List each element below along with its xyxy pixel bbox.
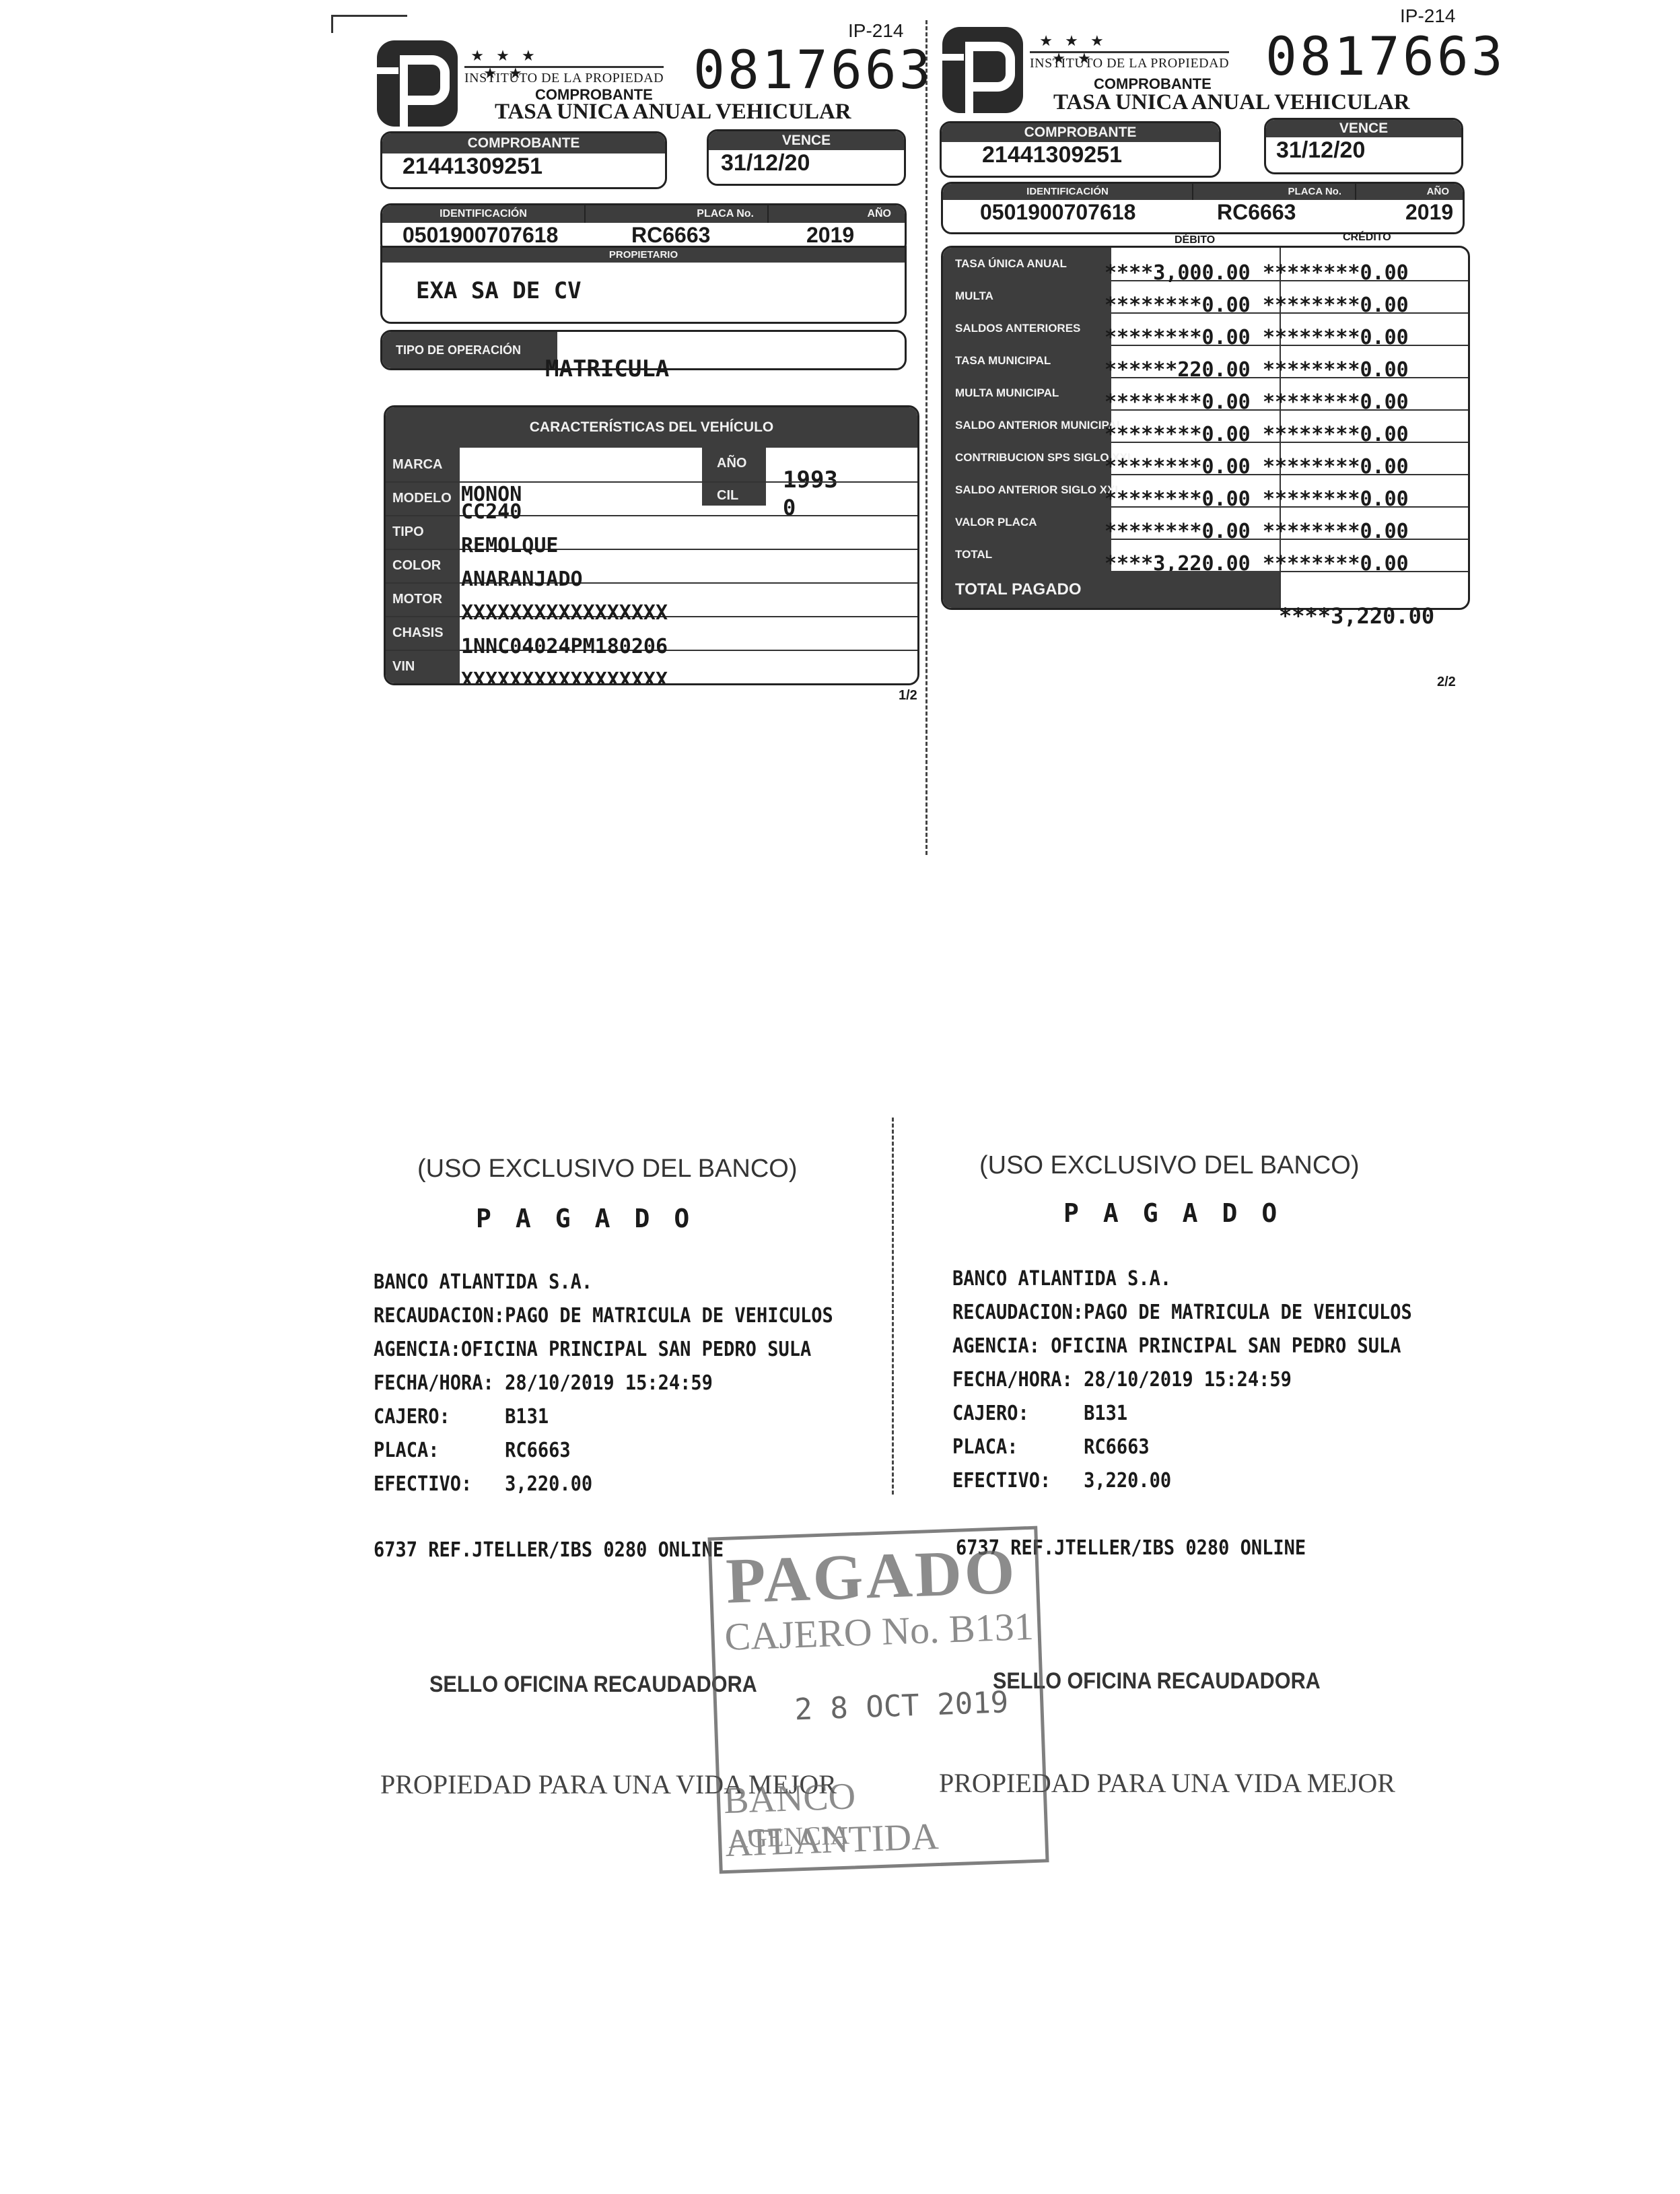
vehiculo-box: CARACTERÍSTICAS DEL VEHÍCULO AÑO CIL 199… [384, 405, 919, 685]
paid-stamp: PAGADO CAJERO No. B131 2 8 OCT 2019 BANC… [707, 1526, 1049, 1874]
placa-label: PLACA No. [586, 205, 769, 223]
vehiculo-field-label: MOTOR [392, 592, 442, 607]
vehiculo-row: COLOR ANARANJADO [386, 549, 917, 584]
vehiculo-row: VIN XXXXXXXXXXXXXXXXX [386, 650, 917, 685]
vehiculo-field-value: XXXXXXXXXXXXXXXXX [461, 669, 668, 685]
vehiculo-field-label: TIPO [392, 524, 424, 540]
bank-line: CAJERO: B131 [374, 1400, 833, 1434]
vehiculo-field-label: CHASIS [392, 625, 444, 641]
comprobante-value: 21441309251 [942, 142, 1219, 168]
cargo-row: TASA MUNICIPAL ******220.00 ********0.00 [943, 345, 1468, 378]
vehiculo-row: MOTOR XXXXXXXXXXXXXXXXX [386, 582, 917, 617]
cargo-label: MULTA [955, 289, 993, 303]
fold-line [925, 20, 928, 855]
serial-number: 0817663 [1265, 27, 1506, 88]
institution-name: INSTITUTO DE LA PROPIEDAD [464, 66, 664, 86]
bank-line: PLACA: RC6663 [374, 1434, 833, 1468]
vehiculo-row: MODELO CC240 [386, 481, 917, 516]
pagado-left: PAGADO [476, 1204, 713, 1233]
total-pagado-row: TOTAL PAGADO [943, 571, 1280, 608]
cargo-label: SALDO ANTERIOR MUNICIPAL [955, 419, 1123, 432]
doc-title: TASA UNICA ANUAL VEHICULAR [1053, 90, 1410, 115]
identificacion-value: 0501900707618 [943, 200, 1182, 225]
total-pagado-value: ****3,220.00 [1279, 603, 1434, 629]
bank-line: RECAUDACION:PAGO DE MATRICULA DE VEHICUL… [374, 1299, 833, 1333]
fold-line-lower [892, 1118, 894, 1495]
propietario-box: PROPIETARIO EXA SA DE CV [380, 246, 907, 324]
cargo-row: SALDO ANTERIOR MUNICIPAL ********0.00 **… [943, 409, 1468, 443]
tipo-operacion-label: TIPO DE OPERACIÓN [382, 332, 557, 368]
comprobante-label: COMPROBANTE [942, 123, 1219, 142]
comprobante-box: COMPROBANTE 21441309251 [380, 131, 667, 189]
vence-box: VENCE 31/12/20 [1264, 118, 1463, 174]
anio-label: AÑO [769, 205, 905, 223]
left-form: ★ ★ ★ ★ ★ INSTITUTO DE LA PROPIEDAD IP-2… [357, 20, 915, 707]
pagado-right: PAGADO [1063, 1198, 1301, 1228]
propietario-value: EXA SA DE CV [382, 263, 905, 304]
form-code: IP-214 [1400, 5, 1456, 27]
cargo-label: VALOR PLACA [955, 516, 1037, 529]
bank-line: EFECTIVO: 3,220.00 [952, 1464, 1412, 1498]
comprobante-box: COMPROBANTE 21441309251 [940, 121, 1221, 178]
placa-value: RC6663 [604, 223, 786, 248]
bank-receipt-left: BANCO ATLANTIDA S.A.RECAUDACION:PAGO DE … [374, 1266, 884, 1501]
comprobante-label: COMPROBANTE [382, 133, 665, 153]
vehiculo-field-label: MARCA [392, 457, 442, 473]
sello-left: SELLO OFICINA RECAUDADORA [429, 1672, 757, 1698]
cargos-box: TASA ÚNICA ANUAL ****3,000.00 ********0.… [941, 246, 1470, 610]
form-code: IP-214 [848, 20, 904, 42]
bank-line: BANCO ATLANTIDA S.A. [952, 1262, 1412, 1296]
credito-label: CRÉDITO [1343, 232, 1391, 244]
cargo-credito: ********0.00 [1263, 552, 1409, 576]
page-left: 1/2 [899, 688, 917, 704]
anio-label: AÑO [1356, 184, 1463, 200]
stamp-line4: AGENCIA [728, 1819, 850, 1855]
bank-line: FECHA/HORA: 28/10/2019 15:24:59 [952, 1363, 1412, 1397]
cargo-row: SALDO ANTERIOR SIGLO XXI ********0.00 **… [943, 474, 1468, 508]
anio-value: 2019 [1372, 200, 1453, 225]
bank-line: RECAUDACION:PAGO DE MATRICULA DE VEHICUL… [952, 1296, 1412, 1330]
cargo-row: SALDOS ANTERIORES ********0.00 ********0… [943, 312, 1468, 346]
vehiculo-field-label: MODELO [392, 491, 452, 506]
total-pagado-label: TOTAL PAGADO [955, 580, 1082, 599]
doc-title: TASA UNICA ANUAL VEHICULAR [495, 100, 851, 125]
cargo-row: TOTAL ****3,220.00 ********0.00 [943, 539, 1468, 572]
identificacion-label: IDENTIFICACIÓN [943, 184, 1193, 200]
vence-box: VENCE 31/12/20 [707, 129, 906, 186]
cargo-row: CONTRIBUCION SPS SIGLO XXI ********0.00 … [943, 442, 1468, 475]
bank-line: BANCO ATLANTIDA S.A. [374, 1266, 833, 1299]
vehiculo-field-label: COLOR [392, 558, 441, 574]
vehiculo-row: TIPO REMOLQUE [386, 515, 917, 550]
vence-label: VENCE [709, 131, 904, 150]
institution-name: INSTITUTO DE LA PROPIEDAD [1030, 51, 1229, 71]
bank-use-right: (USO EXCLUSIVO DEL BANCO) [979, 1151, 1360, 1180]
bank-line: AGENCIA:OFICINA PRINCIPAL SAN PEDRO SULA [374, 1333, 833, 1367]
identificacion-label: IDENTIFICACIÓN [382, 205, 586, 223]
bank-line: FECHA/HORA: 28/10/2019 15:24:59 [374, 1367, 833, 1400]
placa-value: RC6663 [1182, 200, 1372, 225]
cargo-label: SALDOS ANTERIORES [955, 322, 1080, 335]
page-right: 2/2 [1437, 675, 1456, 690]
debito-label: DÉBITO [1175, 234, 1215, 246]
cargo-label: SALDO ANTERIOR SIGLO XXI [955, 483, 1118, 497]
cargo-row: TASA ÚNICA ANUAL ****3,000.00 ********0.… [943, 248, 1468, 281]
serial-number: 0817663 [693, 40, 934, 101]
comprobante-value: 21441309251 [382, 153, 665, 180]
bank-line: CAJERO: B131 [952, 1397, 1412, 1431]
vence-value: 31/12/20 [1266, 137, 1461, 164]
bank-use-left: (USO EXCLUSIVO DEL BANCO) [417, 1155, 798, 1184]
ref-left: 6737 REF.JTELLER/IBS 0280 ONLINE [374, 1534, 724, 1567]
bank-line: PLACA: RC6663 [952, 1431, 1412, 1464]
bank-line: EFECTIVO: 3,220.00 [374, 1468, 833, 1501]
vence-value: 31/12/20 [709, 150, 904, 176]
right-form: ★ ★ ★ ★ ★ INSTITUTO DE LA PROPIEDAD IP-2… [936, 20, 1494, 707]
cargo-row: MULTA ********0.00 ********0.00 [943, 280, 1468, 314]
propietario-label: PROPIETARIO [382, 248, 905, 263]
identificacion-box: IDENTIFICACIÓN PLACA No. AÑO 05019007076… [941, 182, 1465, 234]
bank-receipt-right: BANCO ATLANTIDA S.A.RECAUDACION:PAGO DE … [952, 1262, 1463, 1498]
vehiculo-row: MARCA MONON [386, 448, 917, 483]
stamp-date: 2 8 OCT 2019 [794, 1685, 1009, 1727]
placa-label: PLACA No. [1193, 184, 1356, 200]
vence-label: VENCE [1266, 120, 1461, 137]
tipo-operacion-value: MATRICULA [545, 355, 669, 382]
vehiculo-field-label: VIN [392, 659, 415, 675]
cargo-label: TASA ÚNICA ANUAL [955, 257, 1067, 271]
cargo-label: MULTA MUNICIPAL [955, 386, 1059, 400]
identificacion-value: 0501900707618 [382, 223, 604, 248]
cargo-row: VALOR PLACA ********0.00 ********0.00 [943, 506, 1468, 540]
vehiculo-row: CHASIS 1NNC04024PM180206 [386, 616, 917, 651]
ip-logo-icon [377, 40, 458, 127]
cargo-label: TOTAL [955, 548, 992, 561]
anio-value: 2019 [786, 223, 854, 248]
vehiculo-title: CARACTERÍSTICAS DEL VEHÍCULO [386, 407, 917, 448]
bank-line: AGENCIA: OFICINA PRINCIPAL SAN PEDRO SUL… [952, 1330, 1412, 1363]
cargo-row: MULTA MUNICIPAL ********0.00 ********0.0… [943, 377, 1468, 411]
cargo-label: TASA MUNICIPAL [955, 354, 1051, 368]
ip-logo-icon [942, 27, 1023, 113]
